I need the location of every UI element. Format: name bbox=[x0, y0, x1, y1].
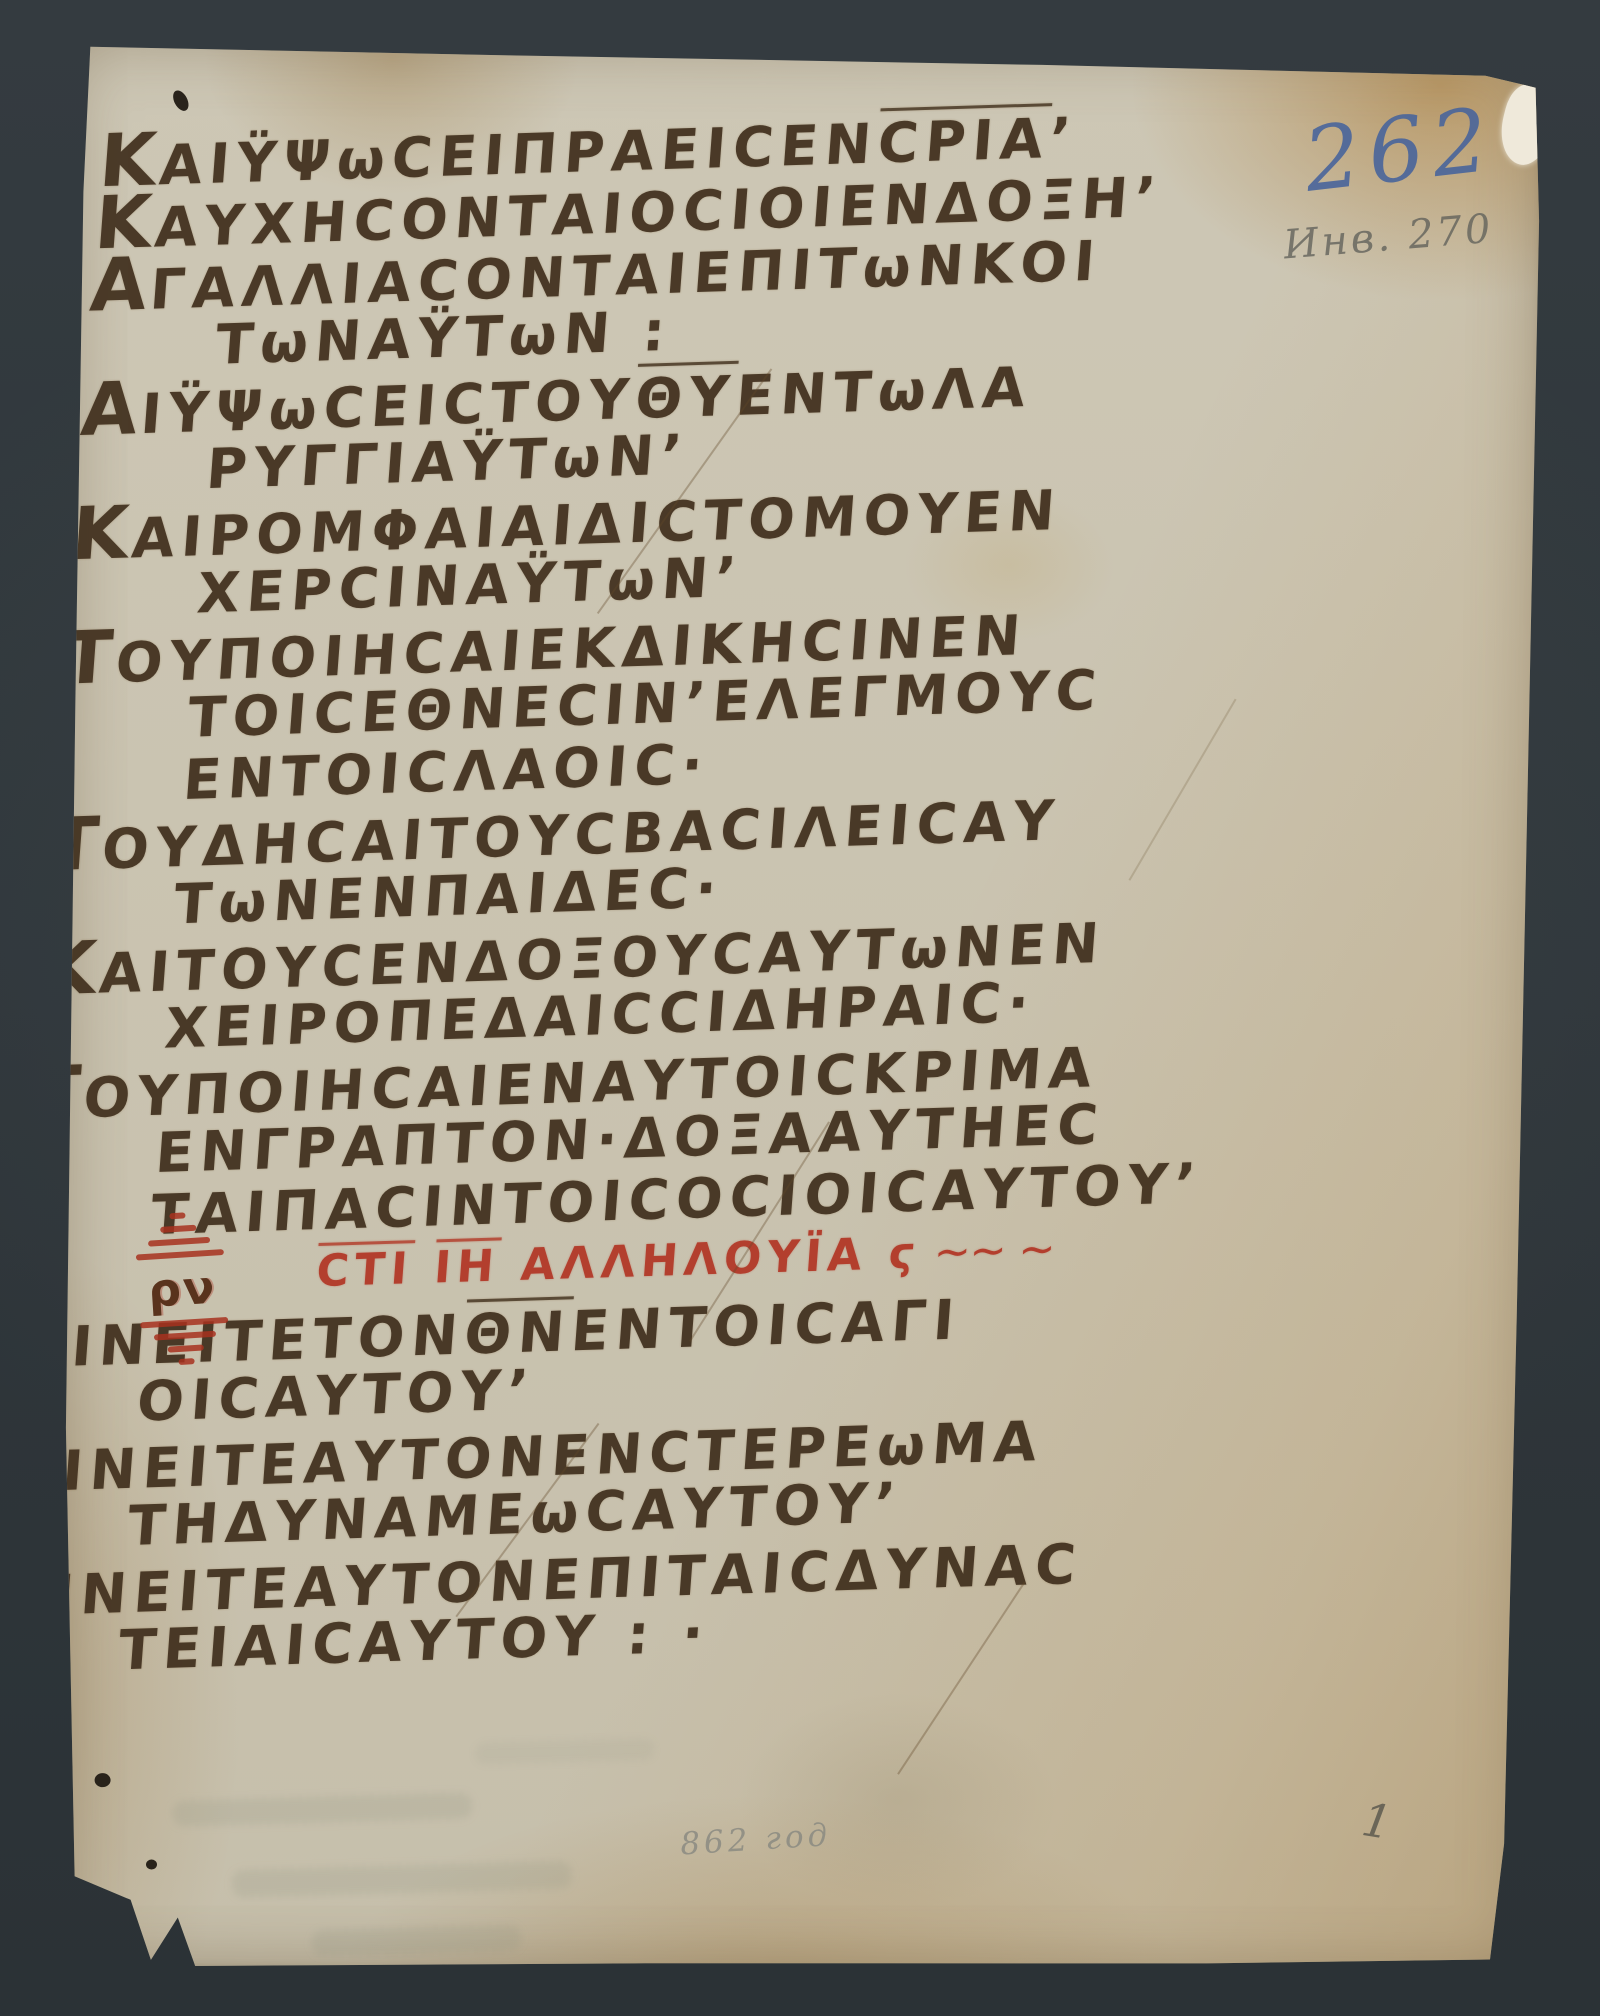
text-segment: ΑΛΛΗΛΟΥΪΑ ϛ bbox=[498, 1228, 923, 1292]
greek-text-block: ΚΑΙΫΨωϹΕΙΠΡΑΕΙϹΕΝϹΡΙΑ’ΚΑΥΧΗϹΟΝΤΑΙΟϹΙΟΙΕΝ… bbox=[0, 88, 1501, 1685]
nomen-sacrum: ϹΤΙ bbox=[315, 1243, 415, 1297]
nomen-sacrum: ΘΥ bbox=[633, 364, 738, 431]
nomen-sacrum: ΘΝ bbox=[462, 1299, 574, 1366]
ornament-bar bbox=[169, 1212, 185, 1219]
psalm-number-marginal: ρν bbox=[97, 1201, 267, 1377]
folio-number-blue: 262 bbox=[1299, 87, 1502, 211]
nomen-sacrum: ΙΗ bbox=[433, 1240, 502, 1293]
show-through-smudge bbox=[475, 1738, 656, 1765]
ornament-bar bbox=[148, 1237, 210, 1247]
manuscript-photo: ΚΑΙΫΨωϹΕΙΠΡΑΕΙϹΕΝϹΡΙΑ’ΚΑΥΧΗϹΟΝΤΑΙΟϹΙΟΙΕΝ… bbox=[0, 0, 1600, 2016]
ink-blot bbox=[95, 1773, 111, 1787]
ornament-bar bbox=[140, 1317, 228, 1329]
show-through-smudge bbox=[232, 1861, 573, 1898]
text-segment: ’ bbox=[1047, 105, 1080, 170]
ink-blot bbox=[170, 88, 192, 114]
ornament-bar bbox=[178, 1358, 194, 1365]
psalm-number: ρν bbox=[101, 1260, 264, 1318]
show-through-smudge bbox=[172, 1793, 473, 1827]
rubric-flourish: ∼∼ ∼ bbox=[919, 1223, 1056, 1278]
show-through-smudge bbox=[311, 1924, 522, 1956]
ornament-bar bbox=[168, 1344, 204, 1352]
ornament-bar bbox=[160, 1225, 196, 1233]
ink-blot bbox=[112, 1905, 119, 1912]
ink-blot bbox=[146, 1859, 157, 1869]
ornament-bar bbox=[154, 1331, 216, 1341]
parchment-leaf: ΚΑΙΫΨωϹΕΙΠΡΑΕΙϹΕΝϹΡΙΑ’ΚΑΥΧΗϹΟΝΤΑΙΟϹΙΟΙΕΝ… bbox=[53, 37, 1544, 1979]
date-annotation-pencil: 862 год bbox=[679, 1817, 832, 1862]
corner-number-pencil: 1 bbox=[1358, 1792, 1396, 1850]
repair-patch bbox=[1493, 80, 1561, 170]
